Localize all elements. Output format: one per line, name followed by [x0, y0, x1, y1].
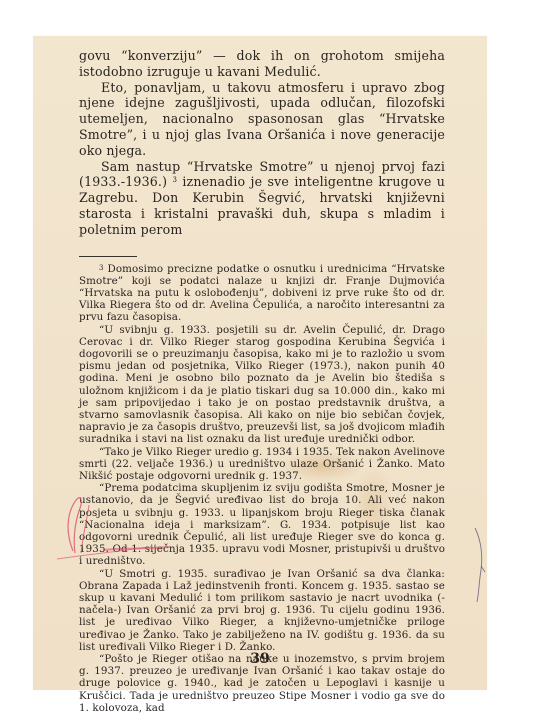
- pencil-bracket-annotation: [473, 526, 487, 606]
- footnote: 3 Domosimo precizne podatke o osnutku i …: [79, 263, 445, 324]
- footnote-paragraph: “U svibnju g. 1933. posjetili su dr. Ave…: [79, 324, 445, 446]
- scanned-page: govu “konverziju” — dok ih on grohotom s…: [33, 36, 487, 690]
- footnote-reference: 3: [172, 176, 177, 184]
- footnote-paragraph: “Prema podatcima skupljenim iz sviju god…: [79, 482, 445, 567]
- footnote-rule: [79, 256, 137, 257]
- footnote-paragraph: “Tako je Vilko Rieger uredio g. 1934 i 1…: [79, 446, 445, 483]
- main-text: govu “konverziju” — dok ih on grohotom s…: [79, 48, 445, 238]
- page-body: govu “konverziju” — dok ih on grohotom s…: [79, 48, 445, 714]
- paragraph: Eto, ponavljam, u takovu atmosferu i upr…: [79, 80, 445, 159]
- paragraph: govu “konverziju” — dok ih on grohotom s…: [79, 48, 445, 80]
- page-number: 39: [33, 651, 487, 667]
- footnote-text: Domosimo precizne podatke o osnutku i ur…: [79, 263, 445, 324]
- footnote-paragraph: “U Smotri g. 1935. surađivao je Ivan Orš…: [79, 568, 445, 653]
- paragraph: Sam nastup “Hrvatske Smotre” u njenoj pr…: [79, 159, 445, 238]
- footnotes: 3 Domosimo precizne podatke o osnutku i …: [79, 263, 445, 715]
- footnote-marker: 3: [99, 264, 104, 272]
